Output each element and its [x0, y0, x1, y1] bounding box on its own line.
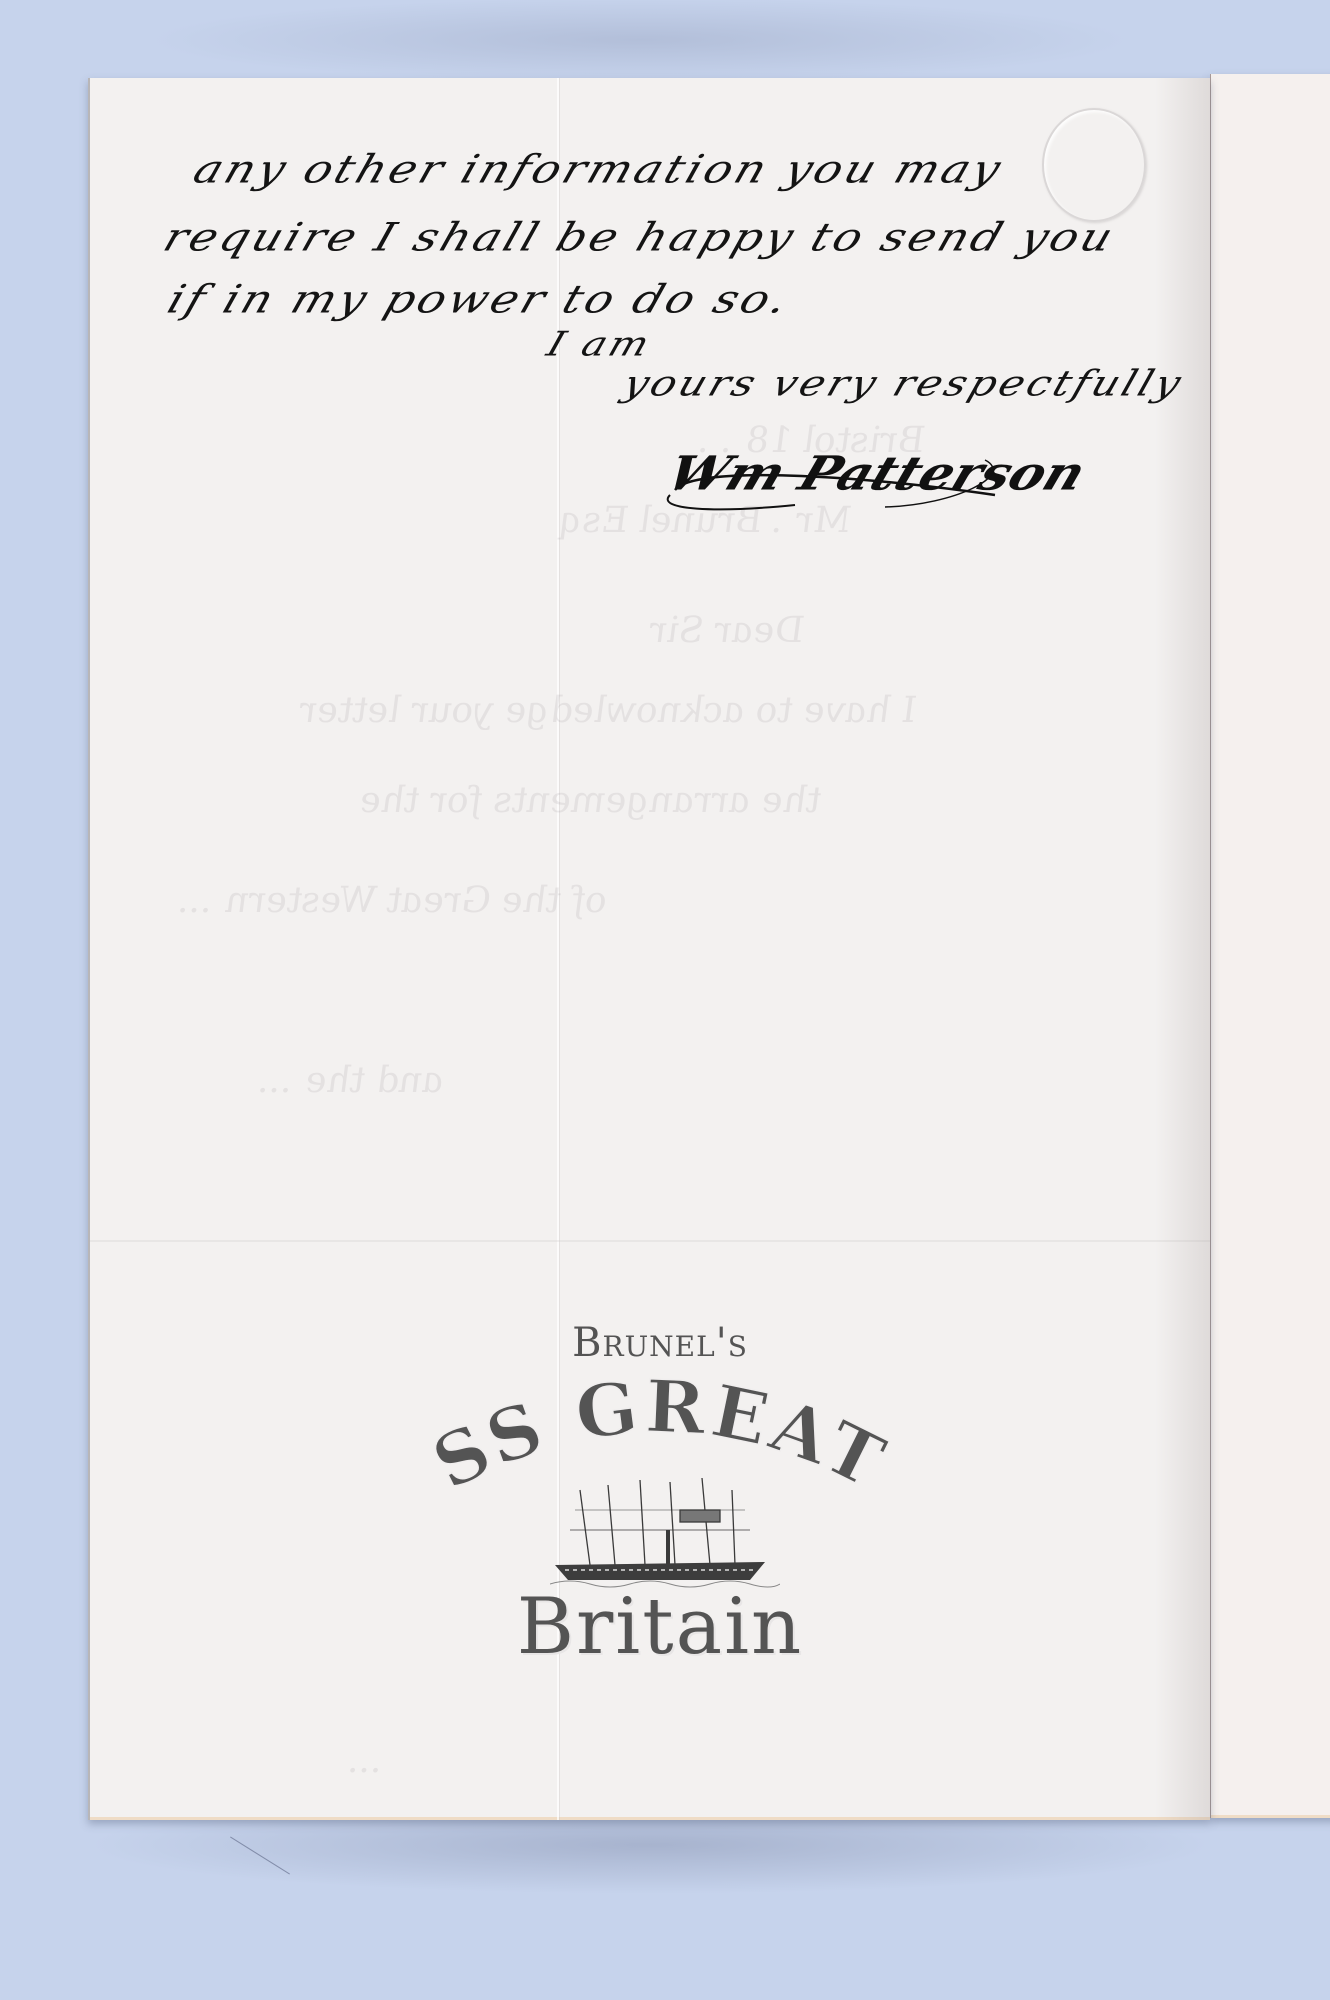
- logo-britain-text: Britain: [420, 1582, 900, 1672]
- letter-line: require I shall be happy to send you: [158, 214, 1122, 260]
- ghost-line: and the ...: [253, 1060, 450, 1101]
- ghost-line: of the Great Western ...: [173, 880, 614, 921]
- ghost-line: Dear Sir: [643, 610, 810, 651]
- ship-illustration-icon: [550, 1470, 780, 1590]
- letter-body: any other information you may require I …: [0, 0, 1330, 600]
- logo-brunels-text: Brunel's: [420, 1320, 900, 1366]
- letter-line: any other information you may: [188, 146, 1009, 192]
- closing-line-2: yours very respectfully: [618, 362, 1189, 404]
- ghost-line: I have to acknowledge your letter: [293, 690, 922, 731]
- letter-line: if in my power to do so.: [162, 276, 796, 322]
- closing-line-1: I am: [542, 325, 657, 364]
- ghost-line: the arrangements for the: [353, 780, 827, 821]
- watermark-logo: Brunel's SS GREAT Britain: [420, 1310, 900, 1690]
- signature-flourish-icon: [655, 455, 1015, 515]
